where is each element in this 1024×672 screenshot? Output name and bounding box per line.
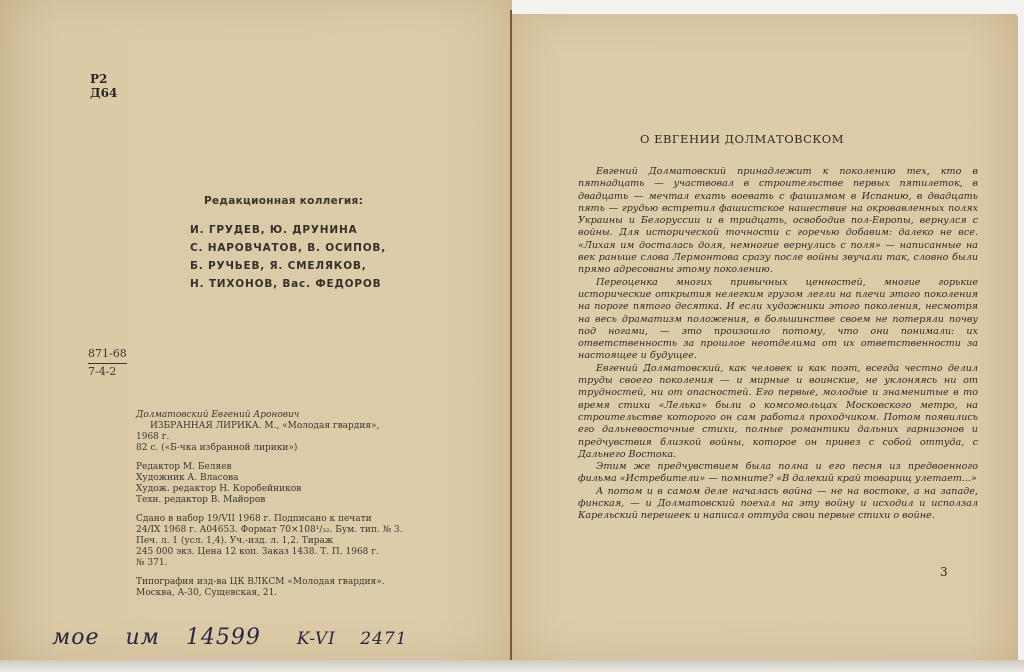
handwritten-inventory-number: мое им 14599 bbox=[52, 625, 261, 650]
classification-code-line: Д64 bbox=[90, 86, 117, 100]
handwritten-shelf-code: K-VI 2471 bbox=[297, 629, 408, 649]
imprint-author: Долматовский Евгений Аронович bbox=[136, 410, 486, 421]
imprint-printer-line: Типография изд-ва ЦК ВЛКСМ «Молодая гвар… bbox=[136, 577, 486, 588]
body-paragraph: Евгений Долматовский, как человек и как … bbox=[578, 363, 978, 461]
imprint-production-line: № 371. bbox=[136, 558, 486, 569]
imprint-block: Долматовский Евгений Аронович ИЗБРАННАЯ … bbox=[136, 410, 486, 599]
imprint-production-line: Печ. л. 1 (усл. 1,4). Уч.-изд. л. 1,2. Т… bbox=[136, 536, 486, 547]
index-code-denominator: 7-4-2 bbox=[88, 364, 127, 380]
book-spine bbox=[510, 10, 512, 660]
imprint-production-line: 24/IX 1968 г. А04653. Формат 70×108¹/₃₂.… bbox=[136, 525, 486, 536]
imprint-production-line: Сдано в набор 19/VII 1968 г. Подписано к… bbox=[136, 514, 486, 525]
editorial-board-line: Н. ТИХОНОВ, Вас. ФЕДОРОВ bbox=[190, 275, 386, 293]
classification-code-line: Р2 bbox=[90, 72, 117, 86]
article-body: Евгений Долматовский принадлежит к покол… bbox=[578, 166, 978, 523]
background-surface bbox=[0, 660, 1024, 672]
body-paragraph: Евгений Долматовский принадлежит к покол… bbox=[578, 166, 978, 277]
editorial-board-line: Б. РУЧЬЕВ, Я. СМЕЛЯКОВ, bbox=[190, 257, 386, 275]
imprint-title: ИЗБРАННАЯ ЛИРИКА. М., «Молодая гвардия», bbox=[136, 421, 486, 432]
index-code-numerator: 871-68 bbox=[88, 346, 127, 364]
classification-code: Р2 Д64 bbox=[90, 72, 117, 100]
page-number: 3 bbox=[940, 565, 948, 579]
imprint-credit: Худож. редактор Н. Коробейников bbox=[136, 484, 486, 495]
imprint-credit: Редактор М. Беляев bbox=[136, 462, 486, 473]
imprint-production-line: 245 000 экз. Цена 12 коп. Заказ 1438. Т.… bbox=[136, 547, 486, 558]
imprint-printer-line: Москва, А-30, Сущевская, 21. bbox=[136, 588, 486, 599]
imprint-year: 1968 г. bbox=[136, 432, 486, 443]
editorial-board-line: С. НАРОВЧАТОВ, В. ОСИПОВ, bbox=[190, 239, 386, 257]
handwritten-note: мое им 14599 K-VI 2471 bbox=[52, 625, 408, 650]
book-spread: Р2 Д64 Редакционная коллегия: И. ГРУДЕВ,… bbox=[0, 0, 1024, 672]
editorial-board-title: Редакционная коллегия: bbox=[204, 195, 363, 207]
body-paragraph: Переоценка многих привычных ценностей, м… bbox=[578, 277, 978, 363]
editorial-board-line: И. ГРУДЕВ, Ю. ДРУНИНА bbox=[190, 221, 386, 239]
chapter-heading: О ЕВГЕНИИ ДОЛМАТОВСКОМ bbox=[532, 132, 952, 146]
imprint-credit: Художник А. Власова bbox=[136, 473, 486, 484]
index-code: 871-68 7-4-2 bbox=[88, 346, 127, 380]
imprint-credit: Техн. редактор В. Майоров bbox=[136, 495, 486, 506]
body-paragraph: Этим же предчувствием была полна и его п… bbox=[578, 461, 978, 486]
body-paragraph: А потом и в самом деле началась война — … bbox=[578, 486, 978, 523]
imprint-pages: 82 с. («Б-чка избранной лирики») bbox=[136, 443, 486, 454]
editorial-board-names: И. ГРУДЕВ, Ю. ДРУНИНА С. НАРОВЧАТОВ, В. … bbox=[190, 221, 386, 293]
